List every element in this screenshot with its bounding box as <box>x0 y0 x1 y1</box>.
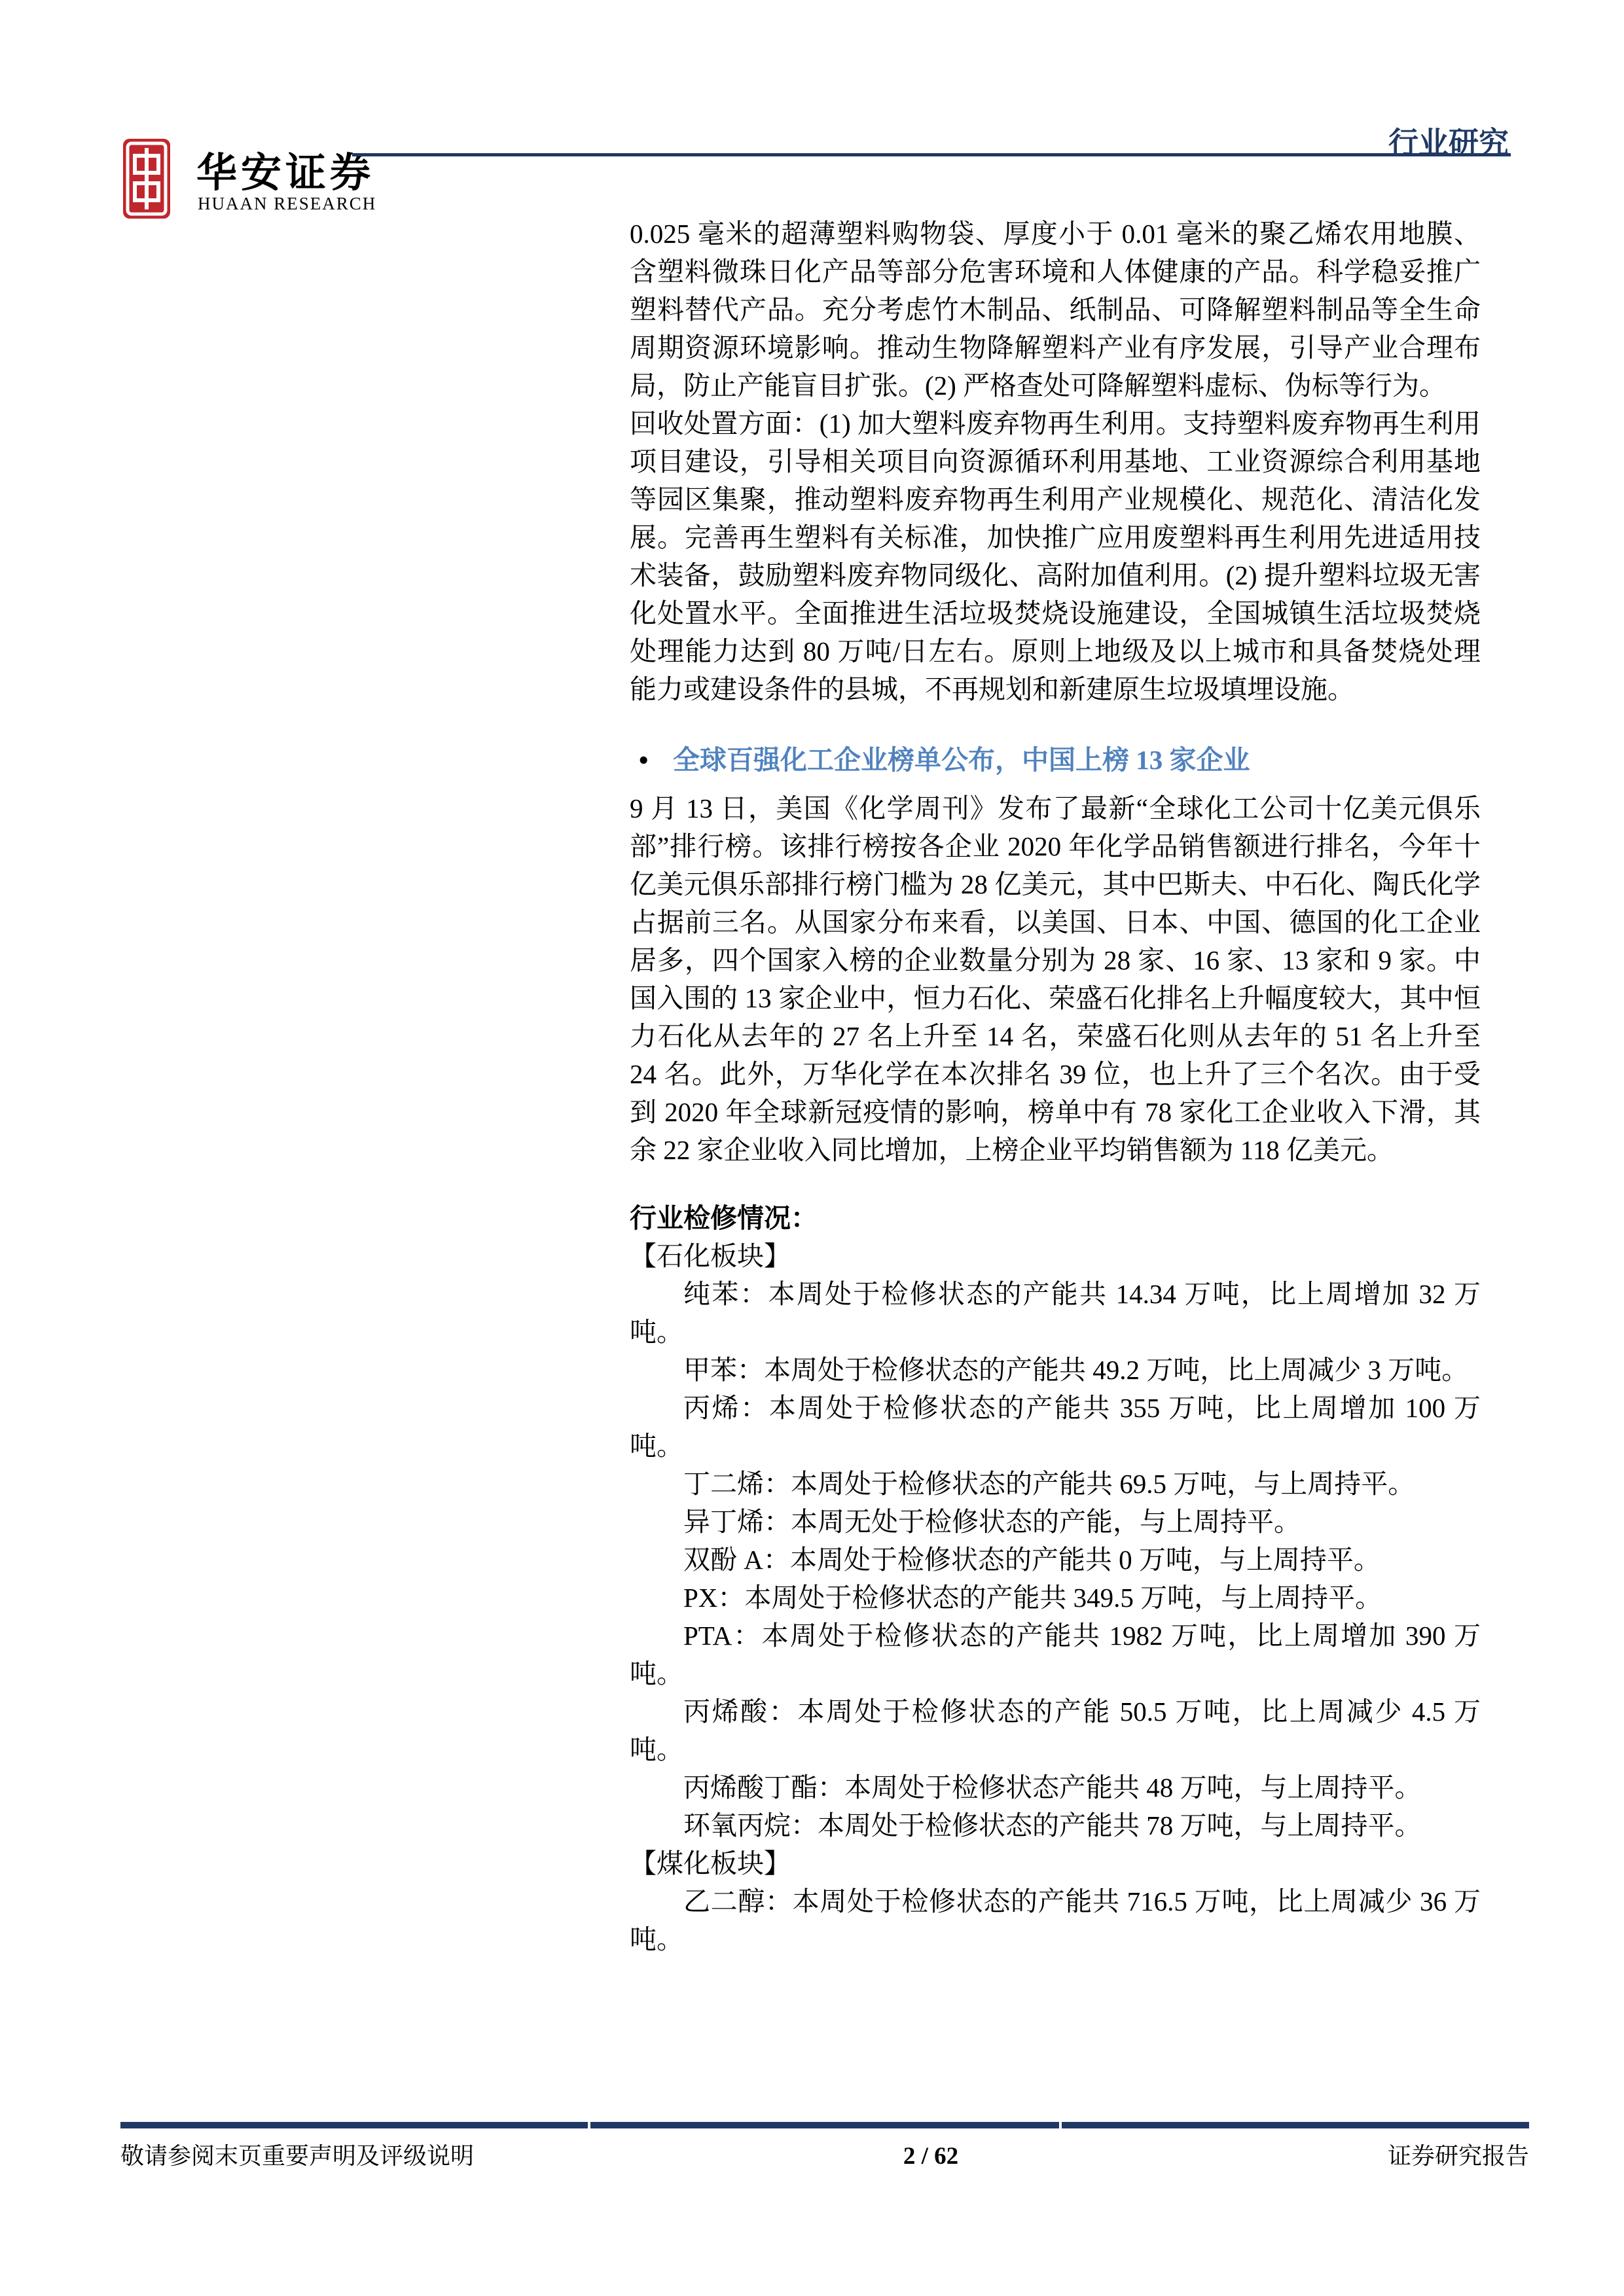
footer-report-type: 证券研究报告 <box>1388 2138 1529 2171</box>
header-rule <box>352 153 1511 156</box>
footer-text-row: 敬请参阅末页重要声明及评级说明 2 / 62 证券研究报告 <box>120 2138 1529 2171</box>
brand-name-en: HUAAN RESEARCH <box>198 194 376 214</box>
maintenance-item: 丙烯酸：本周处于检修状态的产能 50.5 万吨，比上周减少 4.5 万吨。 <box>630 1693 1481 1768</box>
footer-rule <box>120 2122 1529 2128</box>
maintenance-item: 异丁烯：本周无处于检修状态的产能，与上周持平。 <box>630 1503 1481 1541</box>
maintenance-item: 双酚 A：本周处于检修状态的产能共 0 万吨，与上周持平。 <box>630 1541 1481 1579</box>
footer-rule-segment <box>120 2122 588 2128</box>
paragraph-plastic-policy: 0.025 毫米的超薄塑料购物袋、厚度小于 0.01 毫米的聚乙烯农用地膜、含塑… <box>630 215 1481 404</box>
footer-disclaimer: 敬请参阅末页重要声明及评级说明 <box>120 2138 474 2171</box>
page-header: 华安证券 HUAAN RESEARCH 行业研究 <box>0 0 1624 236</box>
report-body: 0.025 毫米的超薄塑料购物袋、厚度小于 0.01 毫米的聚乙烯农用地膜、含塑… <box>630 215 1481 1958</box>
maintenance-item: 甲苯：本周处于检修状态的产能共 49.2 万吨，比上周减少 3 万吨。 <box>630 1351 1481 1389</box>
maintenance-item: 丙烯：本周处于检修状态的产能共 355 万吨，比上周增加 100 万吨。 <box>630 1389 1481 1465</box>
paragraph-recycling: 回收处置方面：(1) 加大塑料废弃物再生利用。支持塑料废弃物再生利用项目建设，引… <box>630 404 1481 708</box>
page-footer: 敬请参阅末页重要声明及评级说明 2 / 62 证券研究报告 <box>120 2122 1529 2171</box>
news-bullet-heading: • 全球百强化工企业榜单公布，中国上榜 13 家企业 <box>630 741 1481 779</box>
report-page: 华安证券 HUAAN RESEARCH 行业研究 0.025 毫米的超薄塑料购物… <box>0 0 1624 2296</box>
footer-rule-segment <box>590 2122 1059 2128</box>
maintenance-section-title: 行业检修情况： <box>630 1199 1481 1237</box>
maintenance-item: 纯苯：本周处于检修状态的产能共 14.34 万吨，比上周增加 32 万吨。 <box>630 1275 1481 1351</box>
news-bullet-heading-text: 全球百强化工企业榜单公布，中国上榜 13 家企业 <box>673 741 1250 779</box>
maintenance-item: 环氧丙烷：本周处于检修状态的产能共 78 万吨，与上周持平。 <box>630 1806 1481 1844</box>
page-number: 2 / 62 <box>903 2142 958 2170</box>
maintenance-item: 丁二烯：本周处于检修状态的产能共 69.5 万吨，与上周持平。 <box>630 1465 1481 1503</box>
footer-rule-segment <box>1062 2122 1529 2128</box>
maintenance-item: 丙烯酸丁酯：本周处于检修状态产能共 48 万吨，与上周持平。 <box>630 1768 1481 1806</box>
paragraph-chemical-ranking: 9 月 13 日，美国《化学周刊》发布了最新“全球化工公司十亿美元俱乐部”排行榜… <box>630 789 1481 1169</box>
huaan-seal-logo-icon <box>123 139 170 219</box>
maintenance-item: PTA：本周处于检修状态的产能共 1982 万吨，比上周增加 390 万吨。 <box>630 1617 1481 1693</box>
bullet-dot-icon: • <box>630 741 673 779</box>
segment-label-petrochemical: 【石化板块】 <box>630 1237 1481 1275</box>
maintenance-item: PX：本周处于检修状态的产能共 349.5 万吨，与上周持平。 <box>630 1579 1481 1617</box>
segment-label-coal-chemical: 【煤化板块】 <box>630 1844 1481 1882</box>
report-type-label: 行业研究 <box>1371 119 1509 162</box>
maintenance-item: 乙二醇：本周处于检修状态的产能共 716.5 万吨，比上周减少 36 万吨。 <box>630 1882 1481 1958</box>
brand-name-cn: 华安证券 <box>196 140 374 198</box>
